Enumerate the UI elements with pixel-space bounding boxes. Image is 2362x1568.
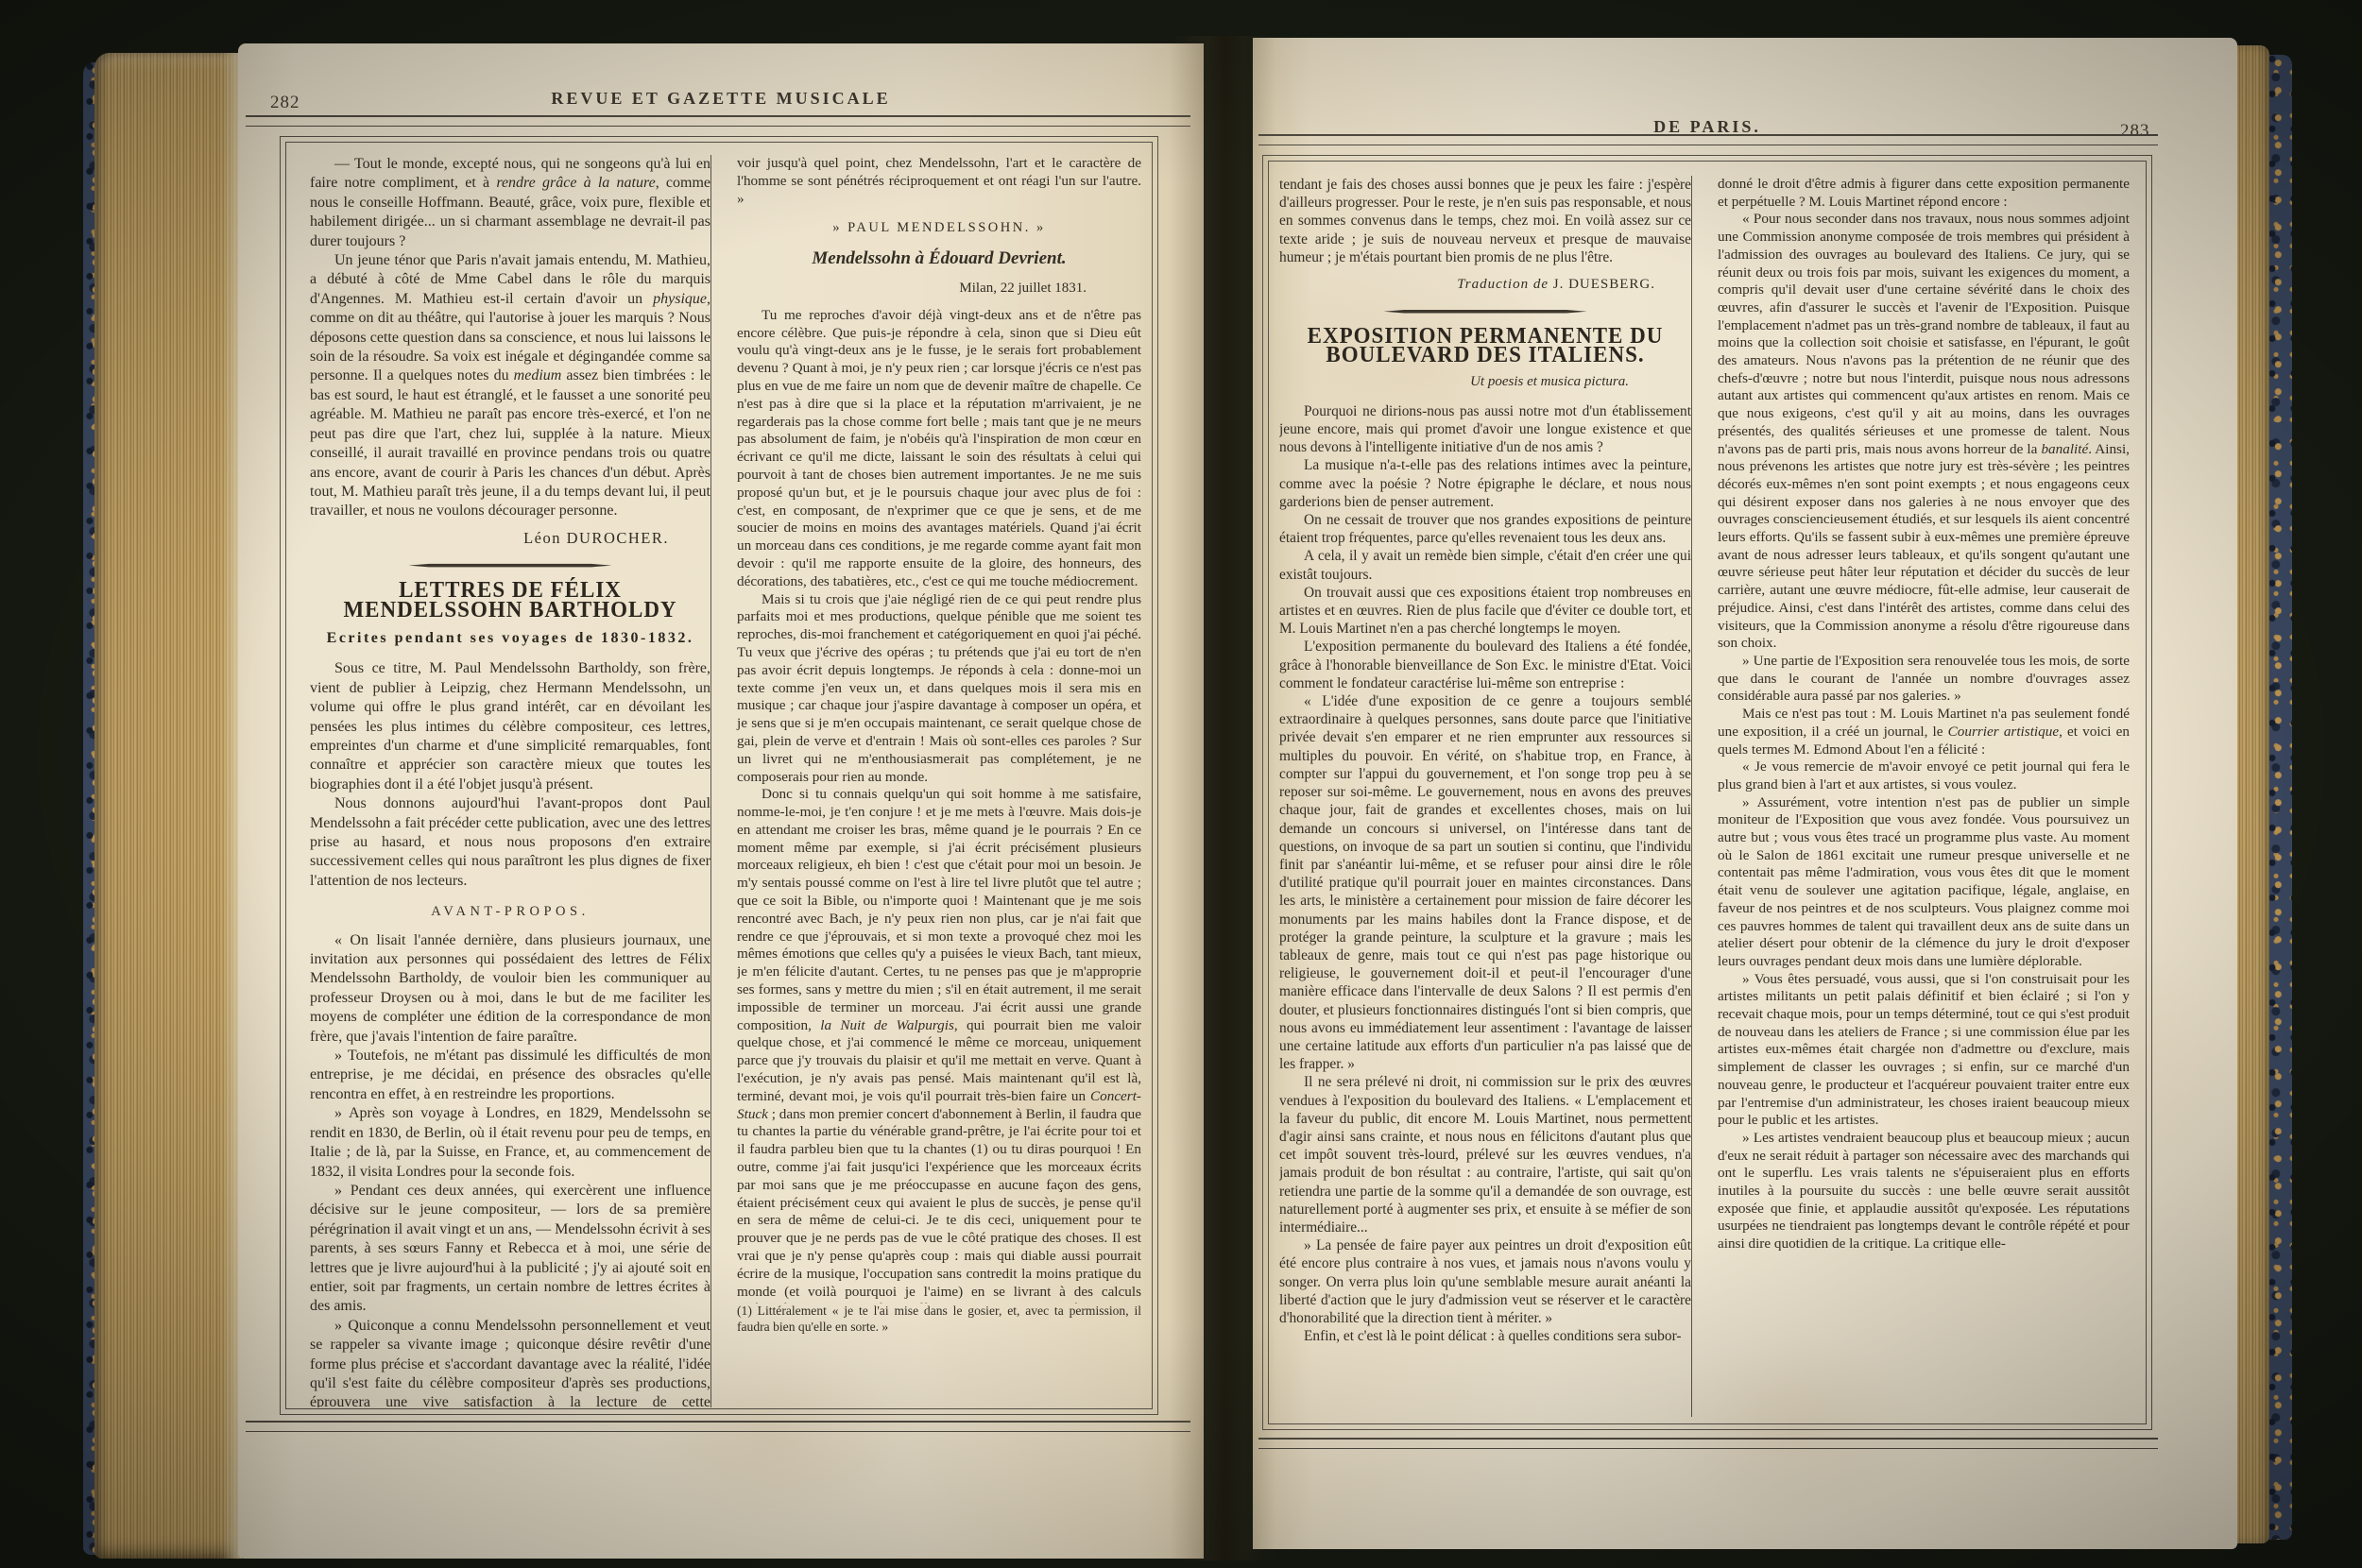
footnote: (1) Littéralement « je te l'ai mise dans… bbox=[737, 1304, 1141, 1336]
paragraph: La musique n'a-t-elle pas des relations … bbox=[1279, 456, 1691, 511]
paragraph: » Toutefois, ne m'étant pas dissimulé le… bbox=[310, 1047, 710, 1104]
paragraph: » Quiconque a connu Mendelssohn personne… bbox=[310, 1317, 710, 1407]
page-283: DE PARIS. 283 tendant je fais des choses… bbox=[1253, 38, 2237, 1549]
paragraph: « On lisait l'année dernière, dans plusi… bbox=[310, 931, 710, 1047]
letter-attribution: » PAUL MENDELSSOHN. » bbox=[737, 219, 1141, 237]
marbled-cover-edge-right bbox=[2266, 55, 2292, 1540]
paragraph: « L'idée d'une exposition de ce genre a … bbox=[1279, 692, 1691, 1073]
header-double-rule bbox=[246, 115, 1190, 127]
page-block-fore-edge-left bbox=[94, 53, 242, 1559]
paragraph: Mais ce n'est pas tout : M. Louis Martin… bbox=[1718, 706, 2130, 758]
author-signature: Léon DUROCHER. bbox=[310, 529, 710, 548]
paragraph: L'exposition permanente du boulevard des… bbox=[1279, 638, 1691, 692]
paragraph: A cela, il y avait un remède bien simple… bbox=[1279, 547, 1691, 583]
paragraph: Mais si tu crois que j'aie négligé rien … bbox=[737, 591, 1141, 787]
paragraph: On ne cessait de trouver que nos grandes… bbox=[1279, 511, 1691, 547]
paragraph: Un jeune ténor que Paris n'avait jamais … bbox=[310, 251, 710, 521]
paragraph: Nous donnons aujourd'hui l'avant-propos … bbox=[310, 794, 710, 891]
letter-dateline: Milan, 22 juillet 1831. bbox=[737, 280, 1141, 298]
avant-propos-heading: AVANT-PROPOS. bbox=[310, 902, 710, 921]
book-scan-backdrop: 282 REVUE ET GAZETTE MUSICALE — Tout le … bbox=[0, 0, 2362, 1568]
right-page-column-1: tendant je fais des choses aussi bonnes … bbox=[1279, 176, 1691, 1417]
paragraph: donné le droit d'être admis à figurer da… bbox=[1718, 176, 2130, 211]
paragraph: Pourquoi ne dirions-nous pas aussi notre… bbox=[1279, 402, 1691, 457]
paragraph: » La pensée de faire payer aux peintres … bbox=[1279, 1236, 1691, 1327]
paragraph: » Assurément, votre intention n'est pas … bbox=[1718, 794, 2130, 971]
section-divider-rule bbox=[1384, 309, 1587, 314]
paragraph: » Pendant ces deux années, qui exercèren… bbox=[310, 1182, 710, 1317]
article-title: EXPOSITION PERMANENTE DU BOULEVARD DES I… bbox=[1279, 326, 1691, 365]
paragraph: tendant je fais des choses aussi bonnes … bbox=[1279, 176, 1691, 266]
page-282: 282 REVUE ET GAZETTE MUSICALE — Tout le … bbox=[238, 43, 1204, 1559]
header-double-rule bbox=[1258, 134, 2158, 145]
paragraph: « Je vous remercie de m'avoir envoyé ce … bbox=[1718, 758, 2130, 793]
paragraph: » Après son voyage à Londres, en 1829, M… bbox=[310, 1104, 710, 1182]
article-subtitle: Ecrites pendant ses voyages de 1830-1832… bbox=[310, 629, 710, 648]
journal-masthead-left: REVUE ET GAZETTE MUSICALE bbox=[238, 89, 1204, 109]
left-page-column-2: voir jusqu'à quel point, chez Mendelssoh… bbox=[710, 155, 1141, 1407]
right-page-column-2: donné le droit d'être admis à figurer da… bbox=[1691, 176, 2130, 1417]
left-page-column-1: — Tout le monde, excepté nous, qui ne so… bbox=[310, 155, 710, 1407]
article-epigraph: Ut poesis et musica pictura. bbox=[1279, 373, 1691, 391]
paragraph: » Vous êtes persuadé, vous aussi, que si… bbox=[1718, 971, 2130, 1130]
paragraph: voir jusqu'à quel point, chez Mendelssoh… bbox=[737, 155, 1141, 208]
paragraph: « Pour nous seconder dans nos travaux, n… bbox=[1718, 211, 2130, 653]
footer-double-rule bbox=[1258, 1438, 2158, 1449]
letter-title: Mendelssohn à Édouard Devrient. bbox=[737, 250, 1141, 268]
paragraph: » Une partie de l'Exposition sera renouv… bbox=[1718, 653, 2130, 706]
footer-double-rule bbox=[246, 1421, 1190, 1432]
paragraph: Sous ce titre, M. Paul Mendelssohn Barth… bbox=[310, 659, 710, 794]
paragraph: » Les artistes vendraient beaucoup plus … bbox=[1718, 1130, 2130, 1253]
section-divider-rule bbox=[409, 563, 612, 568]
article-title: LETTRES DE FÉLIX MENDELSSOHN BARTHOLDY bbox=[310, 580, 710, 621]
paragraph: Enfin, et c'est là le point délicat : à … bbox=[1279, 1327, 1691, 1345]
paragraph: Il ne sera prélevé ni droit, ni commissi… bbox=[1279, 1073, 1691, 1236]
paragraph: Donc si tu connais quelqu'un qui soit ho… bbox=[737, 786, 1141, 1304]
paragraph: — Tout le monde, excepté nous, qui ne so… bbox=[310, 155, 710, 251]
paragraph: Tu me reproches d'avoir déjà vingt-deux … bbox=[737, 307, 1141, 591]
paragraph: On trouvait aussi que ces expositions ét… bbox=[1279, 584, 1691, 639]
translation-credit: Traduction de J. DUESBERG. bbox=[1279, 276, 1691, 294]
